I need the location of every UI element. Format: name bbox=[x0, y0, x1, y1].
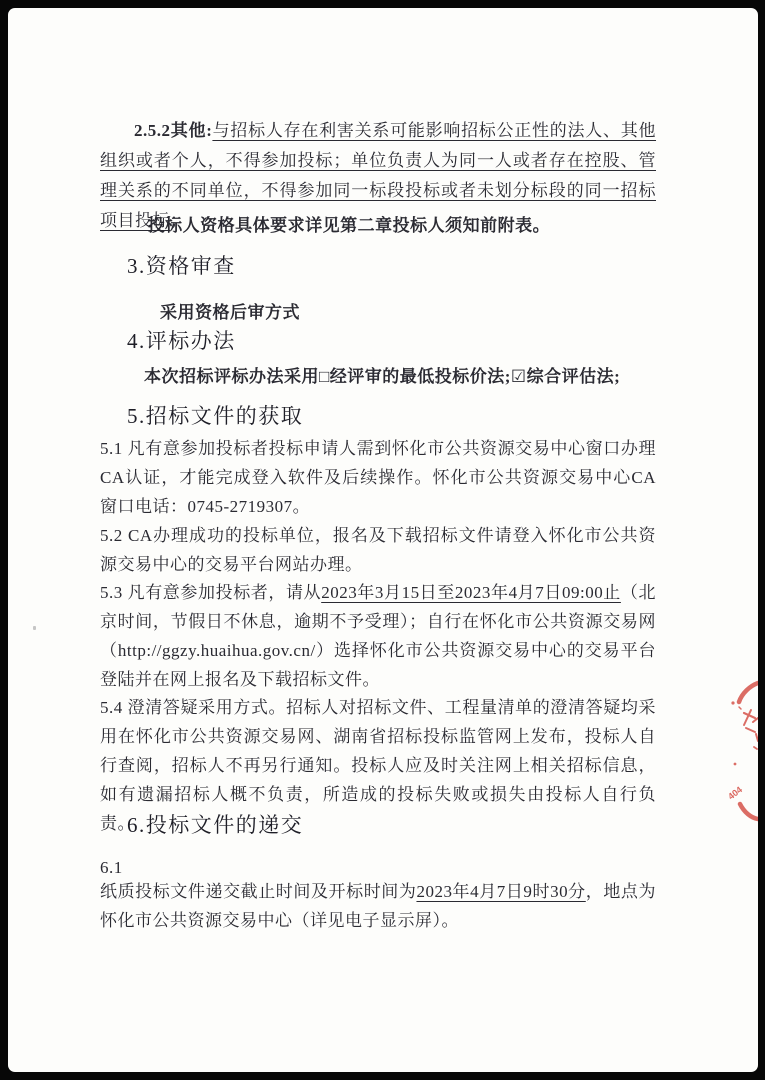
clause-6-1-opening-time-underlined: 2023年4月7日9时30分 bbox=[416, 882, 585, 901]
scan-smudge bbox=[33, 626, 36, 630]
clause-6-1-paragraph: 纸质投标文件递交截止时间及开标时间为2023年4月7日9时30分，地点为怀化市公… bbox=[100, 877, 656, 935]
clause-2-5-2-label: 2.5.2其他: bbox=[134, 121, 212, 140]
stamp-number-text: 404 bbox=[728, 784, 744, 801]
qualification-note: 投标人资格具体要求详见第二章投标人须知前附表。 bbox=[100, 211, 656, 241]
clause-5-1-paragraph: 5.1 凡有意参加投标者投标申请人需到怀化市公共资源交易中心窗口办理CA认证，才… bbox=[100, 434, 656, 521]
clause-5-2-paragraph: 5.2 CA办理成功的投标单位，报名及下载招标文件请登入怀化市公共资源交易中心的… bbox=[100, 521, 656, 579]
scanned-document-screenshot: { "document": { "p252": { "bold_label": … bbox=[0, 0, 765, 1080]
red-seal-stamp-fragment: 404 bbox=[728, 680, 758, 830]
section-3-body: 采用资格后审方式 bbox=[100, 298, 656, 328]
clause-5-3-paragraph: 5.3 凡有意参加投标者，请从2023年3月15日至2023年4月7日09:00… bbox=[100, 578, 656, 694]
clause-5-3-deadline-underlined: 2023年3月15日至2023年4月7日09:00止 bbox=[321, 583, 621, 602]
section-4-body-with-checkboxes: 本次招标评标办法采用□经评审的最低投标价法;☑综合评估法; bbox=[100, 362, 656, 392]
clause-6-1-before: 纸质投标文件递交截止时间及开标时间为 bbox=[100, 882, 416, 901]
document-page: 2.5.2其他:与招标人存在利害关系可能影响招标公正性的法人、其他组织或者个人，… bbox=[8, 8, 758, 1072]
section-6-heading: 6.投标文件的递交 bbox=[100, 810, 683, 840]
section-4-heading: 4.评标办法 bbox=[100, 326, 683, 356]
clause-5-3-before: 5.3 凡有意参加投标者，请从 bbox=[100, 583, 321, 602]
section-5-heading: 5.招标文件的获取 bbox=[100, 401, 683, 431]
section-3-heading: 3.资格审查 bbox=[100, 251, 683, 281]
